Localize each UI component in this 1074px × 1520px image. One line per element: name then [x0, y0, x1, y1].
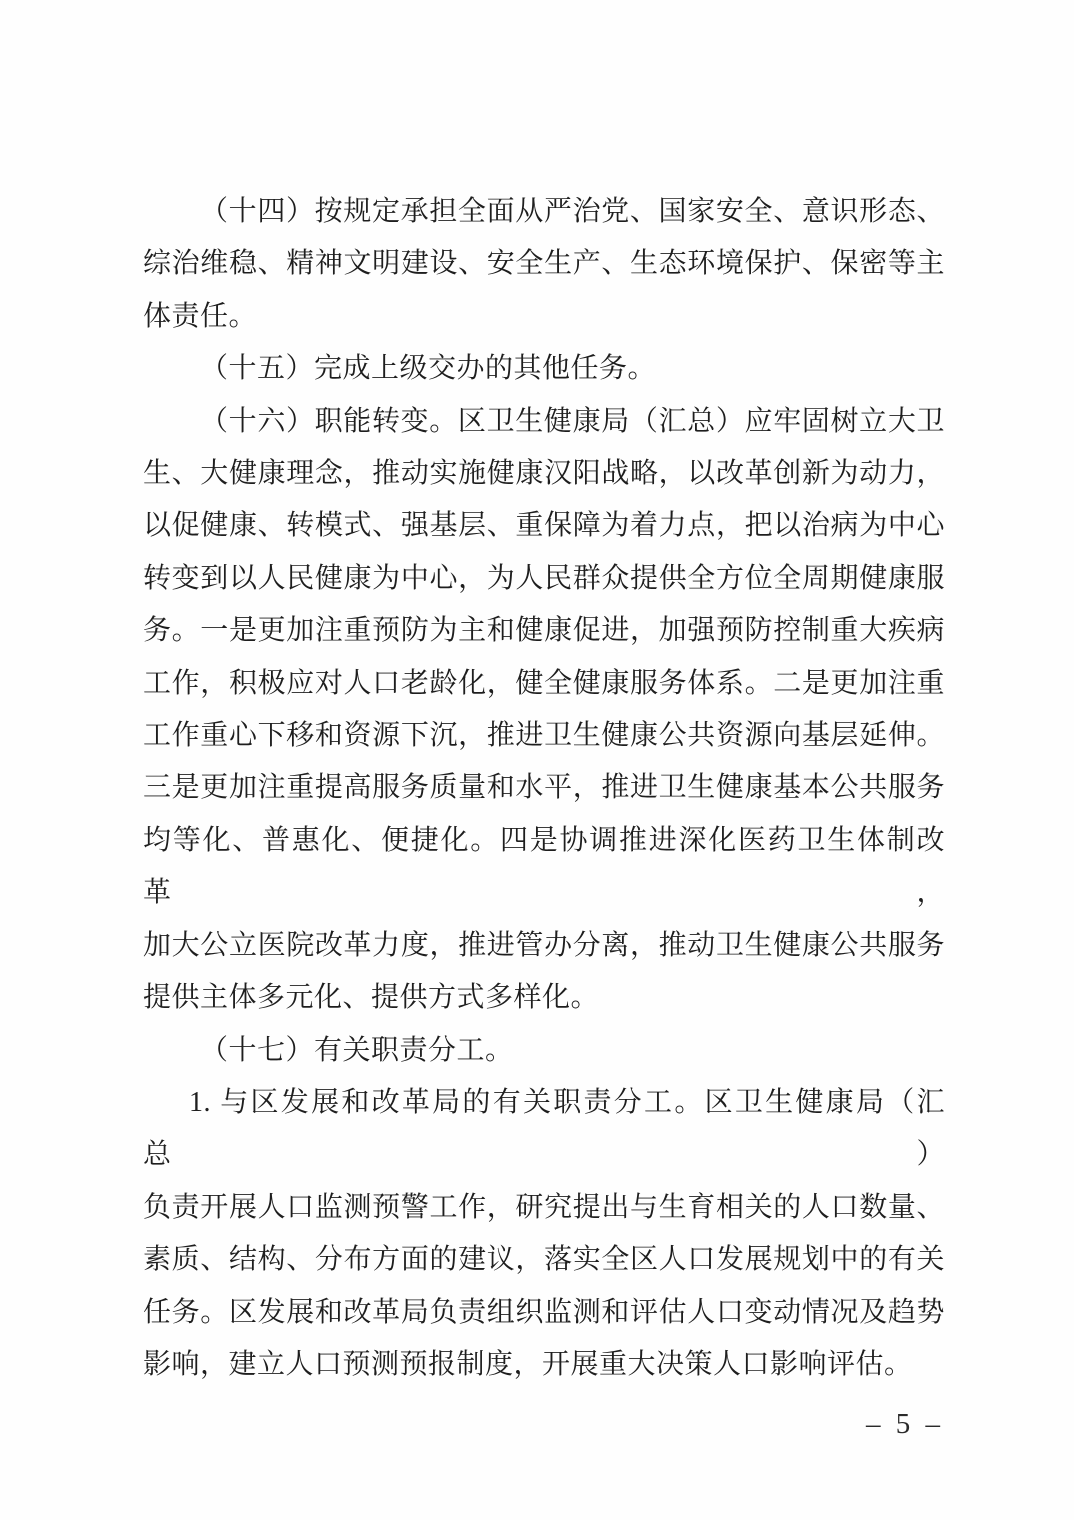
document-body: （十四）按规定承担全面从严治党、国家安全、意识形态、综治维稳、精神文明建设、安全…: [143, 186, 945, 1391]
text-line: 提供主体多元化、提供方式多样化。: [143, 972, 945, 1024]
text-line: 转变到以人民健康为中心，为人民群众提供全方位全周期健康服: [143, 553, 945, 605]
text-line: （十七）有关职责分工。: [143, 1025, 945, 1077]
text-line: 加大公立医院改革力度，推进管办分离，推动卫生健康公共服务: [143, 920, 945, 972]
text-line: 综治维稳、精神文明建设、安全生产、生态环境保护、保密等主: [143, 238, 945, 290]
text-line: 1. 与区发展和改革局的有关职责分工。区卫生健康局（汇总）: [143, 1077, 945, 1182]
text-line: （十六）职能转变。区卫生健康局（汇总）应牢固树立大卫: [143, 396, 945, 448]
paragraph: （十四）按规定承担全面从严治党、国家安全、意识形态、综治维稳、精神文明建设、安全…: [143, 186, 945, 343]
paragraph: 1. 与区发展和改革局的有关职责分工。区卫生健康局（汇总）负责开展人口监测预警工…: [143, 1077, 945, 1391]
paragraph: （十六）职能转变。区卫生健康局（汇总）应牢固树立大卫生、大健康理念，推动实施健康…: [143, 396, 945, 1025]
text-line: 素质、结构、分布方面的建议，落实全区人口发展规划中的有关: [143, 1234, 945, 1286]
document-page: （十四）按规定承担全面从严治党、国家安全、意识形态、综治维稳、精神文明建设、安全…: [0, 0, 1074, 1520]
text-line: 务。一是更加注重预防为主和健康促进，加强预防控制重大疾病: [143, 605, 945, 657]
text-line: 工作，积极应对人口老龄化，健全健康服务体系。二是更加注重: [143, 658, 945, 710]
text-line: 均等化、普惠化、便捷化。四是协调推进深化医药卫生体制改革，: [143, 815, 945, 920]
text-line: 以促健康、转模式、强基层、重保障为着力点，把以治病为中心: [143, 500, 945, 552]
paragraph: （十五）完成上级交办的其他任务。: [143, 343, 945, 395]
text-line: 体责任。: [143, 291, 945, 343]
text-line: 工作重心下移和资源下沉，推进卫生健康公共资源向基层延伸。: [143, 710, 945, 762]
text-line: （十五）完成上级交办的其他任务。: [143, 343, 945, 395]
text-line: 影响，建立人口预测预报制度，开展重大决策人口影响评估。: [143, 1339, 945, 1391]
text-line: 任务。区发展和改革局负责组织监测和评估人口变动情况及趋势: [143, 1287, 945, 1339]
paragraph: （十七）有关职责分工。: [143, 1025, 945, 1077]
text-line: 生、大健康理念，推动实施健康汉阳战略，以改革创新为动力，: [143, 448, 945, 500]
page-number: – 5 –: [866, 1406, 944, 1442]
text-line: 负责开展人口监测预警工作，研究提出与生育相关的人口数量、: [143, 1182, 945, 1234]
text-line: 三是更加注重提高服务质量和水平，推进卫生健康基本公共服务: [143, 762, 945, 814]
text-line: （十四）按规定承担全面从严治党、国家安全、意识形态、: [143, 186, 945, 238]
